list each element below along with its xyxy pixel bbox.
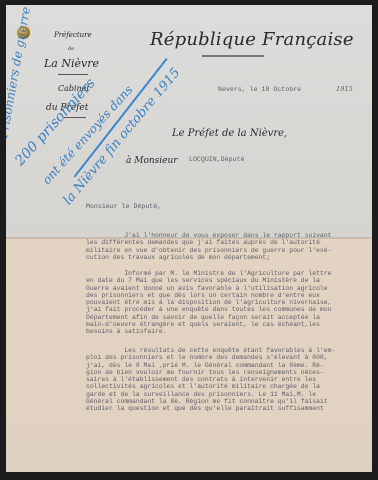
text-line: les différentes demandes que j'ai faites… — [86, 239, 368, 246]
text-line: Les résultats de cette enquête étant fav… — [86, 347, 368, 354]
date-year: 1915 — [336, 86, 353, 93]
text-line: garde et de la surveillance des prisonni… — [86, 391, 368, 398]
text-line: militaire en vue d'obtenir des prisonnie… — [86, 247, 368, 254]
text-line: j'ai fait procéder à une enquête dans to… — [86, 306, 368, 313]
text-line: gion de bien vouloir me fournir tous les… — [86, 369, 368, 376]
date-line: Nevers, le 18 Octobre — [218, 86, 301, 93]
text-line: collectivités agricoles et l'autorité mi… — [86, 383, 368, 390]
salutation: Monsieur le Député, — [86, 203, 161, 210]
text-line: saires à l'établissement des contrats à … — [86, 376, 368, 383]
letterhead-divider — [58, 74, 88, 75]
text-line: étudier la question et que dès qu'elle p… — [86, 405, 368, 412]
text-line: en date du 7 Mai que les services spécia… — [86, 277, 368, 284]
text-line: ploi des prisonniers et le nombre des de… — [86, 354, 368, 361]
letterhead-de: de — [68, 46, 74, 52]
sender-line: Le Préfet de la Nièvre, — [172, 128, 287, 139]
text-line: Informé par M. le Ministre de l'Agricult… — [86, 270, 368, 277]
text-line: Général commandant la 8è. Région me fit … — [86, 398, 368, 405]
text-line: des prisonniers et que dès lors un certa… — [86, 292, 368, 299]
document-title: République Française — [150, 29, 354, 50]
recipient-label: à Monsieur — [126, 156, 178, 166]
paragraph-2: Informé par M. le Ministre de l'Agricult… — [86, 270, 368, 336]
text-line: Guerre avaient donné un avis favorable à… — [86, 285, 368, 292]
text-line: J'ai l'honneur de vous exposer dans le r… — [86, 232, 368, 239]
text-line: j'ai, dès le 8 Mai ,prié M. le Général c… — [86, 362, 368, 369]
text-line: besoins à satisfaire. — [86, 328, 368, 335]
text-line: cution des travaux agricoles de mon dépa… — [86, 254, 368, 261]
letterhead-department: La Nièvre — [44, 57, 99, 70]
text-line: Département afin de savoir de quelle faç… — [86, 314, 368, 321]
text-line: pouvaient être mis à la disposition de l… — [86, 299, 368, 306]
title-underline — [202, 55, 264, 57]
text-line: main-d'oeuvre étrangère et quels seraien… — [86, 321, 368, 328]
letterhead-prefecture: Préfecture — [54, 31, 92, 39]
paragraph-3: Les résultats de cette enquête étant fav… — [86, 347, 368, 413]
paragraph-1: J'ai l'honneur de vous exposer dans le r… — [86, 232, 368, 261]
letter-page: Préfecture de La Nièvre Cabinet du Préfe… — [6, 5, 372, 472]
recipient-name: LOCQUIN,Député — [189, 156, 244, 163]
